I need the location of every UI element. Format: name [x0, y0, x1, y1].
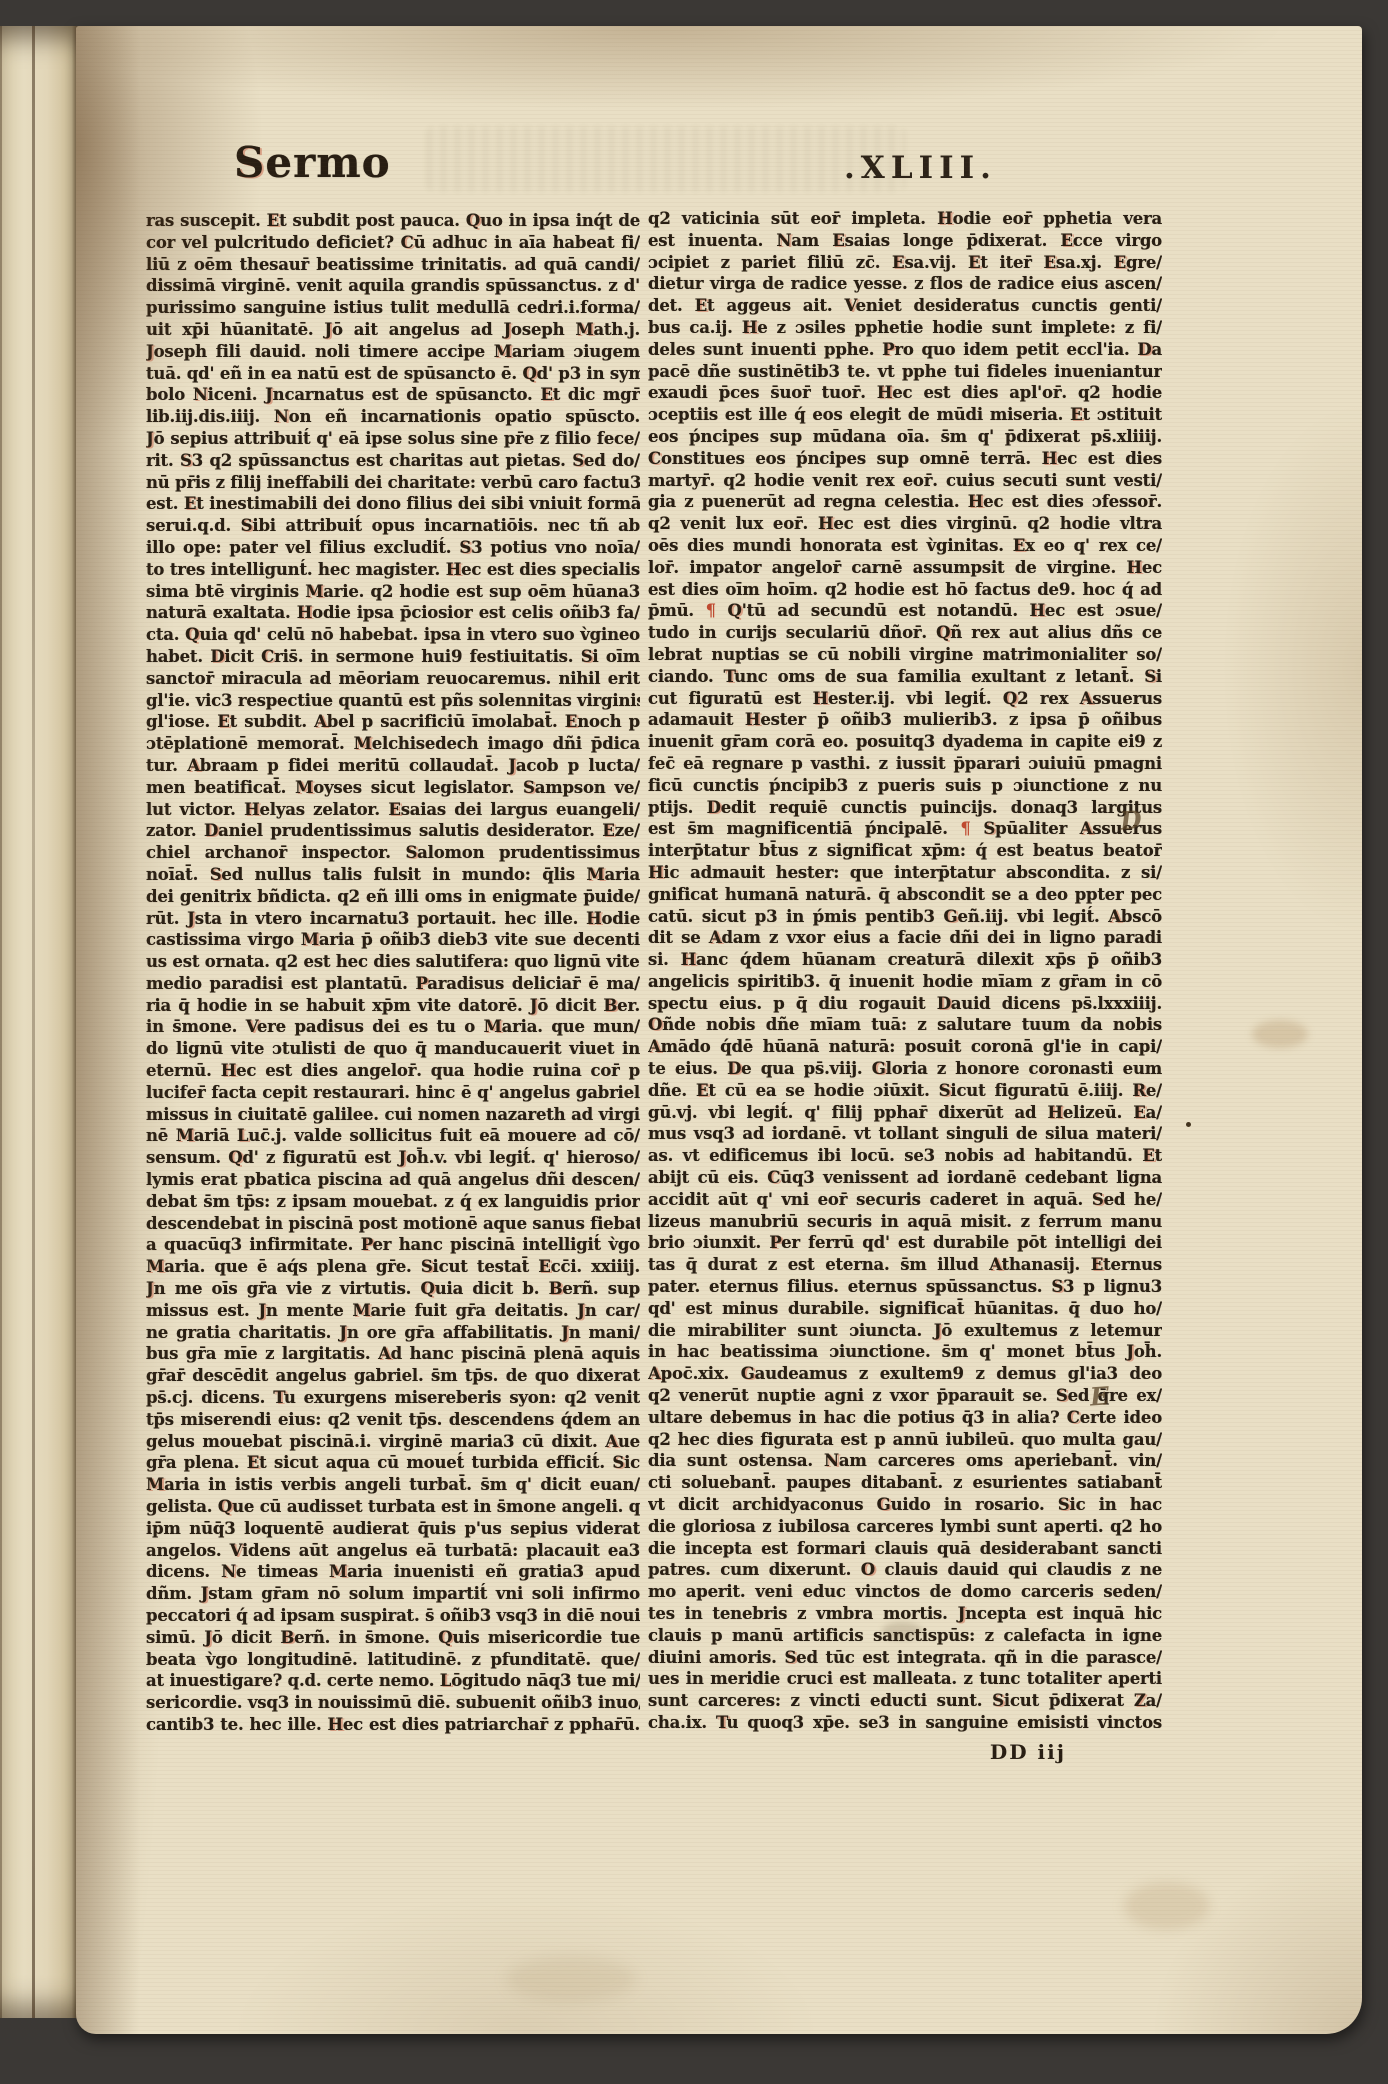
text-line: lebrat nuptias se cū nobili virgine matr… — [648, 644, 1162, 666]
text-line: gū.vj. vbi legit́. q' filij pphar̄ dixer… — [648, 1102, 1162, 1124]
text-line: abijt cū eis. Cūq3 venissent ad iordanē … — [648, 1167, 1162, 1189]
text-line: lut victor. Helyas zelator. Esaias dei l… — [146, 799, 640, 821]
text-line: brio ɔiunxit. Per ferrū qd' est durabile… — [648, 1232, 1162, 1254]
text-line: Maria in istis verbis angeli turbat̄. s̄… — [146, 1474, 640, 1496]
text-line: cha.ix. Tu quoq3 xp̄e. se3 in sanguine e… — [648, 1712, 1162, 1734]
text-line: in hac beatissima ɔiunctione. s̄m q' mon… — [648, 1341, 1162, 1363]
text-line: sunt carceres: z vincti educti sunt. Sic… — [648, 1690, 1162, 1712]
text-line: ues in meridie cruci est malleata. z tun… — [648, 1668, 1162, 1690]
text-line: interp̄tatur bt̄us z significat xp̄m: q́… — [648, 840, 1162, 862]
text-line: diuini amoris. Sed tūc est integrata. qñ… — [648, 1647, 1162, 1669]
text-line: do lignū vite ɔtulisti de quo q̄ manduca… — [146, 1038, 640, 1060]
text-line: Constitues eos ṕncipes sup omnē terrā. H… — [648, 448, 1162, 470]
foxing-stain — [1252, 1020, 1308, 1048]
text-line: zator. Daniel prudentissimus salutis des… — [146, 820, 640, 842]
text-line: illo ope: pater vel filius excludit́. S3… — [146, 537, 640, 559]
ink-speck — [1186, 1122, 1191, 1127]
text-line: ɔcipiet z pariet filiū zc̄. Esa.vij. Et … — [648, 252, 1162, 274]
text-line: nē Mariā Luc̄.j. valde sollicitus fuit e… — [146, 1125, 640, 1147]
text-line: chiel archanor̄ inspector. Salomon prude… — [146, 842, 640, 864]
marginal-annotation-2: E — [1089, 1381, 1110, 1411]
text-line: rūt. Jsta in vtero incarnatu3 portauit. … — [146, 908, 640, 930]
text-line: martyr̄. q2 hodie venit rex eor̄. cuius … — [648, 470, 1162, 492]
text-line: ria q̄ hodie in se habuit xp̄m vite dato… — [146, 995, 640, 1017]
gutter-shadow — [76, 26, 140, 2034]
text-line: Joseph fili dauid. noli timere accipe Ma… — [146, 341, 640, 363]
text-line: est. Et inestimabili dei dono filius dei… — [146, 493, 640, 515]
text-line: gelus mouebat piscinā.i. virginē maria3 … — [146, 1431, 640, 1453]
book-page-edges — [0, 26, 78, 2018]
text-line: tes in tenebris z vmbra mortis. Jncepta … — [648, 1603, 1162, 1625]
text-line: adamauit Hester p̄ oñib3 mulierib3. z ip… — [648, 709, 1162, 731]
foxing-stain — [506, 1956, 636, 2002]
text-line: ultare debemus in hac die potius q̄3 in … — [648, 1407, 1162, 1429]
text-line: lizeus manubriū securis in aquā misit. z… — [648, 1211, 1162, 1233]
text-line: dissimā virginē. venit aquila grandis sp… — [146, 275, 640, 297]
text-line: gr̄a plena. Et sicut aqua cū mouet́ turb… — [146, 1452, 640, 1474]
text-line: as. vt edificemus ibi locū. se3 nobis ad… — [648, 1145, 1162, 1167]
text-line: dñm. Jstam gr̄am nō solum impartit́ vni … — [146, 1583, 640, 1605]
text-line: qd' est minus durabile. significat̄ hūan… — [648, 1298, 1162, 1320]
text-line: tp̄s miserendi eius: q2 venit tp̄s. desc… — [146, 1409, 640, 1431]
text-line: eos ṕncipes sup mūdana oīa. s̄m q' p̄dix… — [648, 426, 1162, 448]
text-line: ɔtēplationē memorat̄. Melchisedech imago… — [146, 733, 640, 755]
text-line: inuenit gr̄am corā eo. posuitq3 dyadema … — [648, 731, 1162, 753]
text-line: missus est. Jn mente Marie fuit gr̄a dei… — [146, 1300, 640, 1322]
text-line: q2 hec dies figurata est p annū iubileū.… — [648, 1429, 1162, 1451]
text-line: clauis p manū artificis sanctispūs: z ca… — [648, 1625, 1162, 1647]
text-line: medio paradisi est plantatū. Paradisus d… — [146, 973, 640, 995]
text-line: mo aperit. veni educ vinctos de domo car… — [648, 1581, 1162, 1603]
text-line: sensum. Qd' z figuratū est Joh̄.v. vbi l… — [146, 1147, 640, 1169]
text-line: ras suscepit. Et subdit post pauca. Quo … — [146, 210, 640, 232]
text-line: naturā exaltata. Hodie ipsa p̄ciosior es… — [146, 602, 640, 624]
text-line: lucifer̄ facta cepit restaurari. hinc ē … — [146, 1082, 640, 1104]
foxing-stain — [1124, 1882, 1210, 1930]
text-line: simū. Jō dicit Berñ. in s̄mone. Quis mis… — [146, 1627, 640, 1649]
text-line: at inuestigare? q.d. certe nemo. Lōgitud… — [146, 1670, 640, 1692]
text-line: si. Hanc q́dem hūanam creaturā dilexit x… — [648, 949, 1162, 971]
text-line: cantib3 te. hec ille. Hec est dies patri… — [146, 1714, 640, 1736]
text-line: gelista. Que cū audisset turbata est in … — [146, 1496, 640, 1518]
text-line: in s̄mone. Vere padisus dei es tu o Mari… — [146, 1016, 640, 1038]
text-line: a quacūq3 infirmitate. Per hanc piscinā … — [146, 1234, 640, 1256]
text-line: sanctor̄ miracula ad mēoriam reuocaremus… — [146, 668, 640, 690]
text-line: sima btē virginis Marie. q2 hodie est su… — [146, 581, 640, 603]
book-page: Sermo .XLIII. ras suscepit. Et subdit po… — [76, 26, 1362, 2034]
text-line: purissimo sanguine istius tulit medullā … — [146, 297, 640, 319]
text-line: ps̄.cj. dicens. Tu exurgens misereberis … — [146, 1387, 640, 1409]
text-line: tur. Abraam p fidei meritū collaudat̄. J… — [146, 755, 640, 777]
text-line: Hic admauit hester: que interp̄tatur abs… — [648, 862, 1162, 884]
text-line: tudo in curijs seculariū dñor̄. Qñ rex a… — [648, 622, 1162, 644]
text-line: accidit aūt q' vni eor̄ securis caderet … — [648, 1189, 1162, 1211]
photo-background: Sermo .XLIII. ras suscepit. Et subdit po… — [0, 0, 1388, 2084]
text-line: gl'iose. Et subdit. Abel p sacrificiū īm… — [146, 711, 640, 733]
text-line: to tres intelligunt́. hec magister. Hec … — [146, 559, 640, 581]
quire-signature: DD iij — [648, 1740, 1162, 1764]
text-column-left: ras suscepit. Et subdit post pauca. Quo … — [146, 210, 640, 1736]
text-line: p̄mū. ¶ Q'tū ad secundū est notandū. Hec… — [648, 600, 1162, 622]
text-line: oēs dies mundi honorata est v̀ginitas. E… — [648, 535, 1162, 557]
text-line: q2 venit lux eor̄. Hec est dies virginū.… — [648, 513, 1162, 535]
text-line: Maria. que ē aq́s plena gr̄e. Sicut test… — [146, 1256, 640, 1278]
text-line: cti soluebant̄. paupes ditabant̄. z esur… — [648, 1472, 1162, 1494]
text-line: gia z puenerūt ad regna celestia. Hec es… — [648, 491, 1162, 513]
text-line: ficū cunctis ṕncipib3 z pueris suis p ɔi… — [648, 775, 1162, 797]
text-line: ip̄m nūq̄3 loquentē audierat q̄uis p'us … — [146, 1518, 640, 1540]
text-line: ptijs. Dedit requiē cunctis puincijs. do… — [648, 797, 1162, 819]
text-line: cor vel pulcritudo deficiet? Cū adhuc in… — [146, 232, 640, 254]
text-column-right: q2 vaticinia sūt eor̄ impleta. Hodie eor… — [648, 208, 1162, 1734]
text-line: dietur virga de radice yesse. z flos de … — [648, 273, 1162, 295]
text-line: pater. eternus filius. eternus spūssanct… — [648, 1276, 1162, 1298]
text-line: serui.q.d. Sibi attribuit́ opus incarnat… — [146, 515, 640, 537]
text-line: est inuenta. Nam Esaias longe p̄dixerat.… — [648, 230, 1162, 252]
text-line: ɔceptiis est ille q́ eos elegit de mūdi … — [648, 404, 1162, 426]
text-line: sericordie. vsq3 in nouissimū diē. subue… — [146, 1692, 640, 1714]
text-line: debat s̄m tp̄s: z ipsam mouebat. z q́ ex… — [146, 1191, 640, 1213]
text-line: missus in ciuitatē galilee. cui nomen na… — [146, 1104, 640, 1126]
text-line: bus ca.ij. He z ɔsiles pphetie hodie sun… — [648, 317, 1162, 339]
text-line: gl'ie. vic3 respectiue quantū est pñs so… — [146, 690, 640, 712]
text-line: mus vsq3 ad iordanē. vt tollant singuli … — [648, 1123, 1162, 1145]
text-line: habet. Dicit Cris̄. in sermone hui9 fest… — [146, 646, 640, 668]
text-line: fec̄ eā regnare p vasthi. z iussit p̄par… — [648, 753, 1162, 775]
text-line: lymis erat pbatica piscina ad quā angelu… — [146, 1169, 640, 1191]
text-line: descendebat in piscinā post motionē aque… — [146, 1213, 640, 1235]
text-line: peccatori q́ ad ipsam suspirat. s̄ oñib3… — [146, 1605, 640, 1627]
text-line: eternū. Hec est dies angelor̄. qua hodie… — [146, 1060, 640, 1082]
text-line: die gloriosa z iubilosa carceres lymbi s… — [648, 1516, 1162, 1538]
text-line: bolo Niceni. Jncarnatus est de spūsancto… — [146, 384, 640, 406]
text-line: bus gr̄a mīe z largitatis. Ad hanc pisci… — [146, 1343, 640, 1365]
text-line: te eius. De qua ps̄.viij. Gloria z honor… — [648, 1058, 1162, 1080]
text-line: gnificat humanā naturā. q̄ abscondit se … — [648, 884, 1162, 906]
text-line: Amādo q́dē hūanā naturā: posuit coronā g… — [648, 1036, 1162, 1058]
text-line: est dies oīm hoīm. q2 hodie est hō factu… — [648, 579, 1162, 601]
text-line: dicens. Ne timeas Maria inuenisti eñ gra… — [146, 1561, 640, 1583]
text-line: angelos. Videns aūt angelus eā turbatā: … — [146, 1540, 640, 1562]
text-line: castissima virgo Maria p̄ oñib3 dieb3 vi… — [146, 929, 640, 951]
text-line: men beatificat̄. Moyses sicut legislator… — [146, 777, 640, 799]
text-line: liū z oēm thesaur̄ beatissime trinitatis… — [146, 254, 640, 276]
text-line: lor̄. impator angelor̄ carnē assumpsit d… — [648, 557, 1162, 579]
text-line: ciando. Tunc oms de sua familia exultant… — [648, 666, 1162, 688]
show-through-ghost-text — [426, 126, 906, 192]
text-line: catū. sicut p3 in ṕmis pentib3 Geñ.iij. … — [648, 906, 1162, 928]
text-line: vt dicit archidyaconus Guido in rosario.… — [648, 1494, 1162, 1516]
text-line: noīat̄. Sed nullus talis fulsit in mundo… — [146, 864, 640, 886]
text-line: Jn me oīs gr̄a vie z virtutis. Quia dici… — [146, 1278, 640, 1300]
text-line: die mirabiliter sunt ɔiuncta. Jō exultem… — [648, 1320, 1162, 1342]
text-line: q2 vaticinia sūt eor̄ impleta. Hodie eor… — [648, 208, 1162, 230]
text-line: dñe. Et cū ea se hodie ɔiūxit. Sicut fig… — [648, 1080, 1162, 1102]
marginal-annotation-1: D — [1119, 805, 1143, 835]
text-line: rit. S3 q2 spūssanctus est charitas aut … — [146, 450, 640, 472]
text-line: nū pr̄is z filij ineffabili dei charitat… — [146, 472, 640, 494]
text-line: est s̄m magnificentiā ṕncipalē. ¶ Spūali… — [648, 818, 1162, 840]
text-line: dei genitrix bñdicta. q2 eñ illi oms in … — [146, 886, 640, 908]
text-line: det. Et aggeus ait. Veniet desideratus c… — [648, 295, 1162, 317]
text-line: gr̄ar̄ descēdit angelus gabriel. s̄m tp̄… — [146, 1365, 640, 1387]
text-line: die incepta est formari clauis quā desid… — [648, 1538, 1162, 1560]
text-line: dit se Adam z vxor eius a facie dñi dei … — [648, 927, 1162, 949]
text-line: q2 venerūt nuptie agni z vxor p̄parauit … — [648, 1385, 1162, 1407]
text-line: tuā. qd' eñ in ea natū est de spūsancto … — [146, 363, 640, 385]
folio-number: .XLIII. — [844, 150, 997, 186]
text-line: lib.iij.dis.iiij. Non eñ incarnationis o… — [146, 406, 640, 428]
text-line: ne gratia charitatis. Jn ore gr̄a affabi… — [146, 1322, 640, 1344]
text-line: us est ornata. q2 est hec dies salutifer… — [146, 951, 640, 973]
text-line: deles sunt inuenti pphe. Pro quo idem pe… — [648, 339, 1162, 361]
text-line: Jō sepius attribuit́ q' eā ipse solus si… — [146, 428, 640, 450]
text-line: uit xp̄i hūanitatē. Jō ait angelus ad Jo… — [146, 319, 640, 341]
text-line: cta. Quia qd' celū nō habebat. ipsa in v… — [146, 624, 640, 646]
text-line: tas q̄ durat z est eterna. s̄m illud Ath… — [648, 1254, 1162, 1276]
text-line: Oñde nobis dñe mīam tuā: z salutare tuum… — [648, 1014, 1162, 1036]
text-line: Apoc̄.xix. Gaudeamus z exultem9 z demus … — [648, 1363, 1162, 1385]
text-line: spectu eius. p q̄ diu rogauit Dauid dice… — [648, 993, 1162, 1015]
running-title: Sermo — [234, 138, 391, 187]
text-line: patres. cum dixerunt. O clauis dauid qui… — [648, 1559, 1162, 1581]
text-line: pacē dñe sustinētib3 te. vt pphe tui fid… — [648, 361, 1162, 383]
text-line: dia sunt ostensa. Nam carceres oms aperi… — [648, 1450, 1162, 1472]
text-line: beata v̀go longitudinē. latitudinē. z pf… — [146, 1649, 640, 1671]
text-line: exaudi p̄ces s̄uor̄ tuor̄. Hec est dies … — [648, 382, 1162, 404]
text-line: angelicis spiritib3. q̄ inuenit hodie mī… — [648, 971, 1162, 993]
text-line: cut figuratū est Hester.ij. vbi legit́. … — [648, 688, 1162, 710]
